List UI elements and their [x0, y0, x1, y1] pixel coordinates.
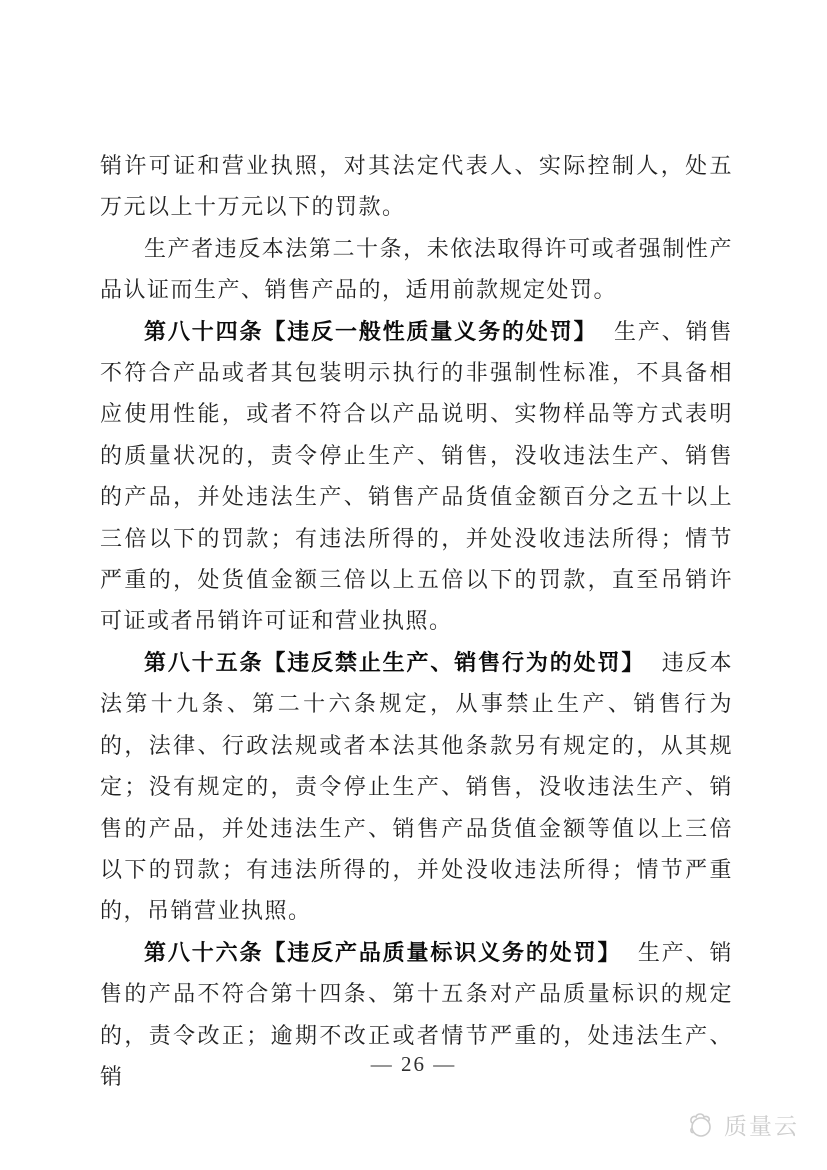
cloud-logo-icon [684, 1110, 718, 1140]
paragraph-text: 违反本法第十九条、第二十六条规定，从事禁止生产、销售行为的，法律、行政法规或者本… [100, 650, 733, 923]
body-paragraph: 销许可证和营业执照，对其法定代表人、实际控制人，处五万元以上十万元以下的罚款。 [100, 145, 733, 228]
body-paragraph: 生产者违反本法第二十条，未依法取得许可或者强制性产品认证而生产、销售产品的，适用… [100, 228, 733, 311]
page-number: — 26 — [0, 1052, 827, 1077]
article-paragraph: 第八十五条【违反禁止生产、销售行为的处罚】违反本法第十九条、第二十六条规定，从事… [100, 642, 733, 932]
watermark: 质量云 [684, 1108, 799, 1141]
paragraph-text: 生产者违反本法第二十条，未依法取得许可或者强制性产品认证而生产、销售产品的，适用… [100, 236, 733, 302]
paragraph-text: 生产、销售不符合产品或者其包装明示执行的非强制性标准，不具备相应使用性能，或者不… [100, 319, 733, 634]
document-body: 销许可证和营业执照，对其法定代表人、实际控制人，处五万元以上十万元以下的罚款。生… [100, 145, 733, 1097]
paragraph-text: 销许可证和营业执照，对其法定代表人、实际控制人，处五万元以上十万元以下的罚款。 [100, 153, 733, 219]
watermark-label: 质量云 [724, 1108, 799, 1141]
article-heading: 第八十六条【违反产品质量标识义务的处罚】 [144, 940, 638, 965]
document-page: 销许可证和营业执照，对其法定代表人、实际控制人，处五万元以上十万元以下的罚款。生… [0, 0, 827, 1170]
article-heading: 第八十四条【违反一般性质量义务的处罚】 [144, 319, 614, 344]
article-heading: 第八十五条【违反禁止生产、销售行为的处罚】 [144, 650, 662, 675]
article-paragraph: 第八十四条【违反一般性质量义务的处罚】生产、销售不符合产品或者其包装明示执行的非… [100, 311, 733, 642]
